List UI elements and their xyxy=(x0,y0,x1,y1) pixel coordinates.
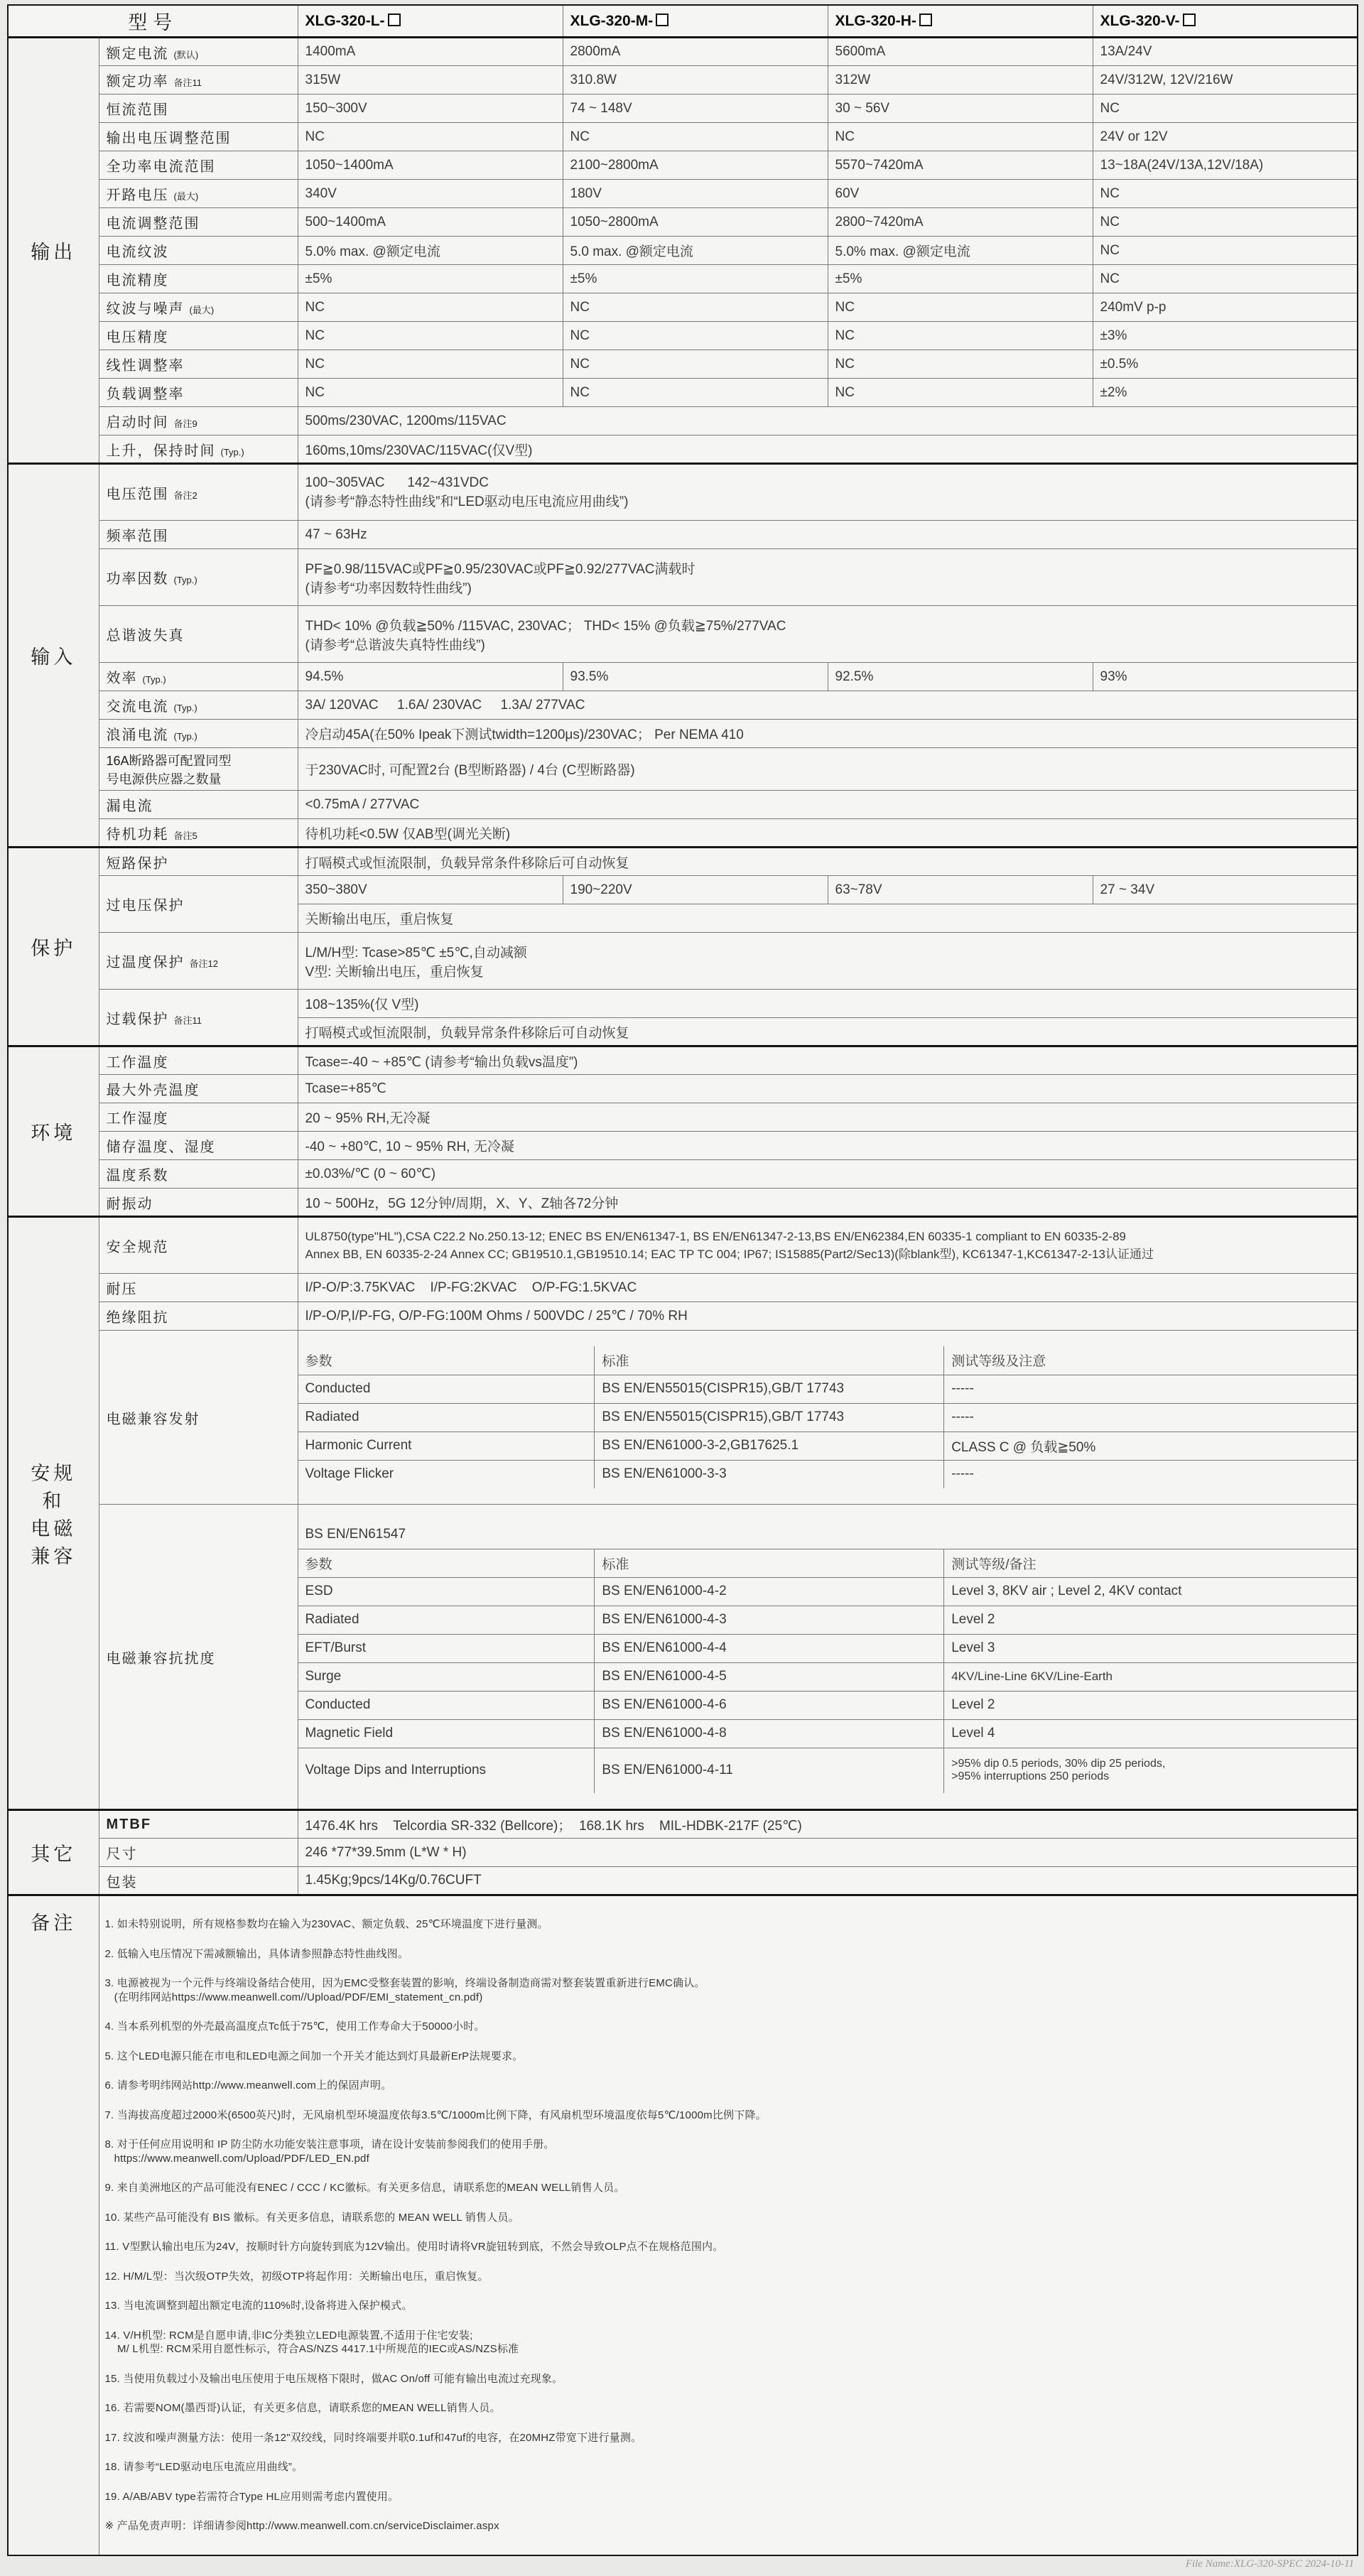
note-item: 3. 电源被视为一个元件与终端设备结合使用，因为EMC受整套装置的影响，终端设备… xyxy=(105,1976,1355,2004)
subtable-header: 标准 xyxy=(595,1346,944,1375)
emission-row-harmonic: Harmonic Current BS EN/EN61000-3-2,GB176… xyxy=(298,1432,1358,1460)
immunity-header-row: 参数 标准 测试等级/备注 xyxy=(298,1549,1358,1577)
note-item: 4. 当本系列机型的外壳最高温度点Tc低于75℃，使用工作寿命大于50000小时… xyxy=(105,2020,1355,2034)
value-cell: 13~18A(24V/13A,12V/18A) xyxy=(1093,151,1358,180)
param-label: 过电压保护 xyxy=(99,876,298,933)
group-protection: 保护 xyxy=(8,848,99,1046)
subtable-cell: 4KV/Line-Line 6KV/Line-Earth xyxy=(944,1662,1357,1691)
value-cell: NC xyxy=(828,293,1093,322)
subtable-cell: BS EN/EN61000-4-2 xyxy=(595,1577,944,1606)
row-setup-time: 启动时间备注9 500ms/230VAC, 1200ms/115VAC xyxy=(8,407,1358,435)
value-cell: 5570~7420mA xyxy=(828,151,1093,180)
value-cell: ±0.5% xyxy=(1093,350,1358,379)
value-cell: NC xyxy=(298,322,563,350)
subtable-cell: Conducted xyxy=(298,1375,595,1403)
param-label: 过温度保护备注12 xyxy=(99,933,298,990)
row-isolation-resistance: 绝缘阻抗 I/P-O/P,I/P-FG, O/P-FG:100M Ohms / … xyxy=(8,1302,1358,1331)
emc-immunity-table: BS EN/EN61547 参数 标准 测试等级/备注 ESD BS EN/EN… xyxy=(298,1505,1358,1810)
notes-cell: 1. 如未特别说明，所有规格参数均在输入为230VAC、额定负载、25℃环境温度… xyxy=(99,1895,1358,2555)
row-full-power-current: 全功率电流范围 1050~1400mA 2100~2800mA 5570~742… xyxy=(8,151,1358,180)
value-cell: NC xyxy=(1093,180,1358,208)
note-item: 12. H/M/L型：当次级OTP失效，初级OTP将起作用：关断输出电压，重启恢… xyxy=(105,2270,1355,2284)
row-rated-power: 额定功率备注11 315W 310.8W 312W 24V/312W, 12V/… xyxy=(8,66,1358,94)
value-cell: 47 ~ 63Hz xyxy=(298,521,1358,549)
param-label: 开路电压(最大) xyxy=(99,180,298,208)
row-line-regulation: 线性调整率 NC NC NC ±0.5% xyxy=(8,350,1358,379)
value-cell: 108~135%(仅 V型) xyxy=(298,990,1358,1018)
row-current-adj: 电流调整范围 500~1400mA 1050~2800mA 2800~7420m… xyxy=(8,208,1358,237)
row-efficiency: 效率(Typ.) 94.5% 93.5% 92.5% 93% xyxy=(8,663,1358,691)
value-cell: 30 ~ 56V xyxy=(828,94,1093,123)
param-label: 电压范围备注2 xyxy=(99,464,298,521)
value-cell: 500ms/230VAC, 1200ms/115VAC xyxy=(298,407,1358,435)
row-vibration: 耐振动 10 ~ 500Hz，5G 12分钟/周期，X、Y、Z轴各72分钟 xyxy=(8,1189,1358,1217)
value-cell: NC xyxy=(298,379,563,407)
subtable-cell: ----- xyxy=(944,1460,1357,1488)
param-label: 电磁兼容抗扰度 xyxy=(99,1505,298,1810)
param-label: 耐振动 xyxy=(99,1189,298,1217)
model-label-v: XLG-320-V- xyxy=(1100,13,1180,29)
subtable-header: 参数 xyxy=(298,1346,595,1375)
subtable-cell: BS EN/EN61000-3-3 xyxy=(595,1460,944,1488)
param-label: 温度系数 xyxy=(99,1160,298,1189)
value-cell: 1050~1400mA xyxy=(298,151,563,180)
model-col-m: XLG-320-M- xyxy=(563,5,828,38)
value-cell: 10 ~ 500Hz，5G 12分钟/周期，X、Y、Z轴各72分钟 xyxy=(298,1189,1358,1217)
immunity-row-conducted: Conducted BS EN/EN61000-4-6 Level 2 xyxy=(298,1691,1358,1719)
value-cell: UL8750(type"HL"),CSA C22.2 No.250.13-12;… xyxy=(298,1217,1358,1274)
immunity-row-radiated: Radiated BS EN/EN61000-4-3 Level 2 xyxy=(298,1606,1358,1634)
emission-row-radiated: Radiated BS EN/EN55015(CISPR15),GB/T 177… xyxy=(298,1403,1358,1432)
subtable-cell: EFT/Burst xyxy=(298,1634,595,1662)
row-cc-range: 恒流范围 150~300V 74 ~ 148V 30 ~ 56V NC xyxy=(8,94,1358,123)
value-cell: I/P-O/P:3.75KVAC I/P-FG:2KVAC O/P-FG:1.5… xyxy=(298,1274,1358,1302)
value-cell: 27 ~ 34V xyxy=(1093,876,1358,904)
param-label: 耐压 xyxy=(99,1274,298,1302)
immunity-row-dips: Voltage Dips and Interruptions BS EN/EN6… xyxy=(298,1748,1358,1793)
subtable-cell: Voltage Flicker xyxy=(298,1460,595,1488)
value-cell: 160ms,10ms/230VAC/115VAC(仅V型) xyxy=(298,435,1358,464)
blank-box-icon xyxy=(1183,13,1196,26)
note-item: 18. 请参考“LED驱动电压电流应用曲线”。 xyxy=(105,2460,1355,2474)
value-cell: THD< 10% @负载≧50% /115VAC, 230VAC； THD< 1… xyxy=(298,606,1358,663)
emission-header-row: 参数 标准 测试等级及注意 xyxy=(298,1346,1358,1375)
subtable-cell: ----- xyxy=(944,1375,1357,1403)
value-cell: 5.0% max. @额定电流 xyxy=(298,237,563,265)
emission-row-conducted: Conducted BS EN/EN55015(CISPR15),GB/T 17… xyxy=(298,1375,1358,1403)
param-label: 负载调整率 xyxy=(99,379,298,407)
row-standby-power: 待机功耗备注5 待机功耗<0.5W 仅AB型(调光关断) xyxy=(8,819,1358,848)
immunity-intro-row: BS EN/EN61547 xyxy=(298,1520,1358,1549)
note-item: 16. 若需要NOM(墨西哥)认证，有关更多信息，请联系您的MEAN WELL销… xyxy=(105,2401,1355,2415)
param-label: 过载保护备注11 xyxy=(99,990,298,1046)
value-cell: ±3% xyxy=(1093,322,1358,350)
subtable-cell: Magnetic Field xyxy=(298,1719,595,1748)
model-label-l: XLG-320-L- xyxy=(305,13,385,29)
immunity-row-esd: ESD BS EN/EN61000-4-2 Level 3, 8KV air ;… xyxy=(298,1577,1358,1606)
param-label: 浪涌电流(Typ.) xyxy=(99,720,298,748)
row-storage-temp-humidity: 储存温度、湿度 -40 ~ +80℃, 10 ~ 95% RH, 无冷凝 xyxy=(8,1132,1358,1160)
group-safety-emc: 安规 和 电磁 兼容 xyxy=(8,1217,99,1810)
param-label: 额定电流(默认) xyxy=(99,38,298,66)
value-cell: 13A/24V xyxy=(1093,38,1358,66)
value-cell: 312W xyxy=(828,66,1093,94)
param-label: 效率(Typ.) xyxy=(99,663,298,691)
subtable-cell: BS EN/EN61000-3-2,GB17625.1 xyxy=(595,1432,944,1460)
row-emc-emission: 电磁兼容发射 参数 标准 测试等级及注意 Conducted BS EN/EN5… xyxy=(8,1331,1358,1505)
value-cell: 打嗝模式或恒流限制，负载异常条件移除后可自动恢复 xyxy=(298,848,1358,876)
group-others: 其它 xyxy=(8,1810,99,1895)
value-cell: 5600mA xyxy=(828,38,1093,66)
blank-box-icon xyxy=(656,13,669,26)
note-item: 7. 当海拔高度超过2000米(6500英尺)时，无风扇机型环境温度依每3.5℃… xyxy=(105,2109,1355,2123)
value-cell: 150~300V xyxy=(298,94,563,123)
row-temp-coefficient: 温度系数 ±0.03%/℃ (0 ~ 60℃) xyxy=(8,1160,1358,1189)
row-dimension: 尺寸 246 *77*39.5mm (L*W * H) xyxy=(8,1839,1358,1867)
param-label: 线性调整率 xyxy=(99,350,298,379)
value-cell: NC xyxy=(298,350,563,379)
subtable-cell: Harmonic Current xyxy=(298,1432,595,1460)
value-cell: NC xyxy=(563,322,828,350)
subtable-cell: Voltage Dips and Interruptions xyxy=(298,1748,595,1793)
value-cell: NC xyxy=(828,322,1093,350)
value-cell: 打嗝模式或恒流限制，负载异常条件移除后可自动恢复 xyxy=(298,1018,1358,1046)
row-rated-current: 输出 额定电流(默认) 1400mA 2800mA 5600mA 13A/24V xyxy=(8,38,1358,66)
group-output: 输出 xyxy=(8,38,99,464)
group-notes: 备注 xyxy=(8,1895,99,2555)
value-cell: 1.45Kg;9pcs/14Kg/0.76CUFT xyxy=(298,1867,1358,1895)
row-notes: 备注 1. 如未特别说明，所有规格参数均在输入为230VAC、额定负载、25℃环… xyxy=(8,1895,1358,2555)
row-power-factor: 功率因数(Typ.) PF≧0.98/115VAC或PF≧0.95/230VAC… xyxy=(8,549,1358,606)
row-voltage-range: 输入 电压范围备注2 100~305VAC 142~431VDC (请参考“静态… xyxy=(8,464,1358,521)
row-rise-hold-time: 上升，保持时间(Typ.) 160ms,10ms/230VAC/115VAC(仅… xyxy=(8,435,1358,464)
note-item: 1. 如未特别说明，所有规格参数均在输入为230VAC、额定负载、25℃环境温度… xyxy=(105,1917,1355,1932)
value-cell: 于230VAC时, 可配置2台 (B型断路器) / 4台 (C型断路器) xyxy=(298,748,1358,791)
param-label: 频率范围 xyxy=(99,521,298,549)
row-withstand-voltage: 耐压 I/P-O/P:3.75KVAC I/P-FG:2KVAC O/P-FG:… xyxy=(8,1274,1358,1302)
immunity-row-magnetic: Magnetic Field BS EN/EN61000-4-8 Level 4 xyxy=(298,1719,1358,1748)
subtable-cell: BS EN/EN55015(CISPR15),GB/T 17743 xyxy=(595,1403,944,1432)
value-cell: 待机功耗<0.5W 仅AB型(调光关断) xyxy=(298,819,1358,848)
row-working-temp: 环境 工作温度 Tcase=-40 ~ +85℃ (请参考“输出负载vs温度”) xyxy=(8,1046,1358,1075)
spec-sheet-page: 型号 XLG-320-L- XLG-320-M- XLG-320-H- XLG-… xyxy=(7,4,1357,2570)
value-cell: 310.8W xyxy=(563,66,828,94)
param-label: 包装 xyxy=(99,1867,298,1895)
row-otp: 过温度保护备注12 L/M/H型: Tcase>85℃ ±5℃,自动减额 V型:… xyxy=(8,933,1358,990)
value-cell: 340V xyxy=(298,180,563,208)
model-label-m: XLG-320-M- xyxy=(570,13,654,29)
note-item: 9. 来自美洲地区的产品可能没有ENEC / CCC / KC徽标。有关更多信息… xyxy=(105,2181,1355,2195)
subtable-cell: BS EN/EN61000-4-11 xyxy=(595,1748,944,1793)
subtable-cell: BS EN/EN61000-4-8 xyxy=(595,1719,944,1748)
value-cell: ±5% xyxy=(563,265,828,293)
value-cell: NC xyxy=(1093,265,1358,293)
param-label: 安全规范 xyxy=(99,1217,298,1274)
value-cell: 93.5% xyxy=(563,663,828,691)
value-cell: 100~305VAC 142~431VDC (请参考“静态特性曲线”和“LED驱… xyxy=(298,464,1358,521)
param-label: 电流精度 xyxy=(99,265,298,293)
subtable-header: 标准 xyxy=(595,1549,944,1577)
param-label: 电磁兼容发射 xyxy=(99,1331,298,1505)
note-item: 11. V型默认输出电压为24V，按顺时针方向旋转到底为12V输出。使用时请将V… xyxy=(105,2240,1355,2254)
param-label: 绝缘阻抗 xyxy=(99,1302,298,1331)
subtable-cell: BS EN/EN61000-4-3 xyxy=(595,1606,944,1634)
param-label: 电流调整范围 xyxy=(99,208,298,237)
row-breaker-count: 16A断路器可配置同型 号电源供应器之数量 于230VAC时, 可配置2台 (B… xyxy=(8,748,1358,791)
spec-table: 型号 XLG-320-L- XLG-320-M- XLG-320-H- XLG-… xyxy=(7,4,1358,2556)
value-cell: NC xyxy=(1093,208,1358,237)
param-label: 短路保护 xyxy=(99,848,298,876)
value-cell: 180V xyxy=(563,180,828,208)
model-label-h: XLG-320-H- xyxy=(835,13,916,29)
row-olp-range: 过载保护备注11 108~135%(仅 V型) xyxy=(8,990,1358,1018)
value-cell: 240mV p-p xyxy=(1093,293,1358,322)
value-cell: 5.0% max. @额定电流 xyxy=(828,237,1093,265)
model-col-h: XLG-320-H- xyxy=(828,5,1093,38)
note-item: 10. 某些产品可能没有 BIS 徽标。有关更多信息，请联系您的 MEAN WE… xyxy=(105,2211,1355,2225)
row-current-ripple: 电流纹波 5.0% max. @额定电流 5.0 max. @额定电流 5.0%… xyxy=(8,237,1358,265)
value-cell: 24V/312W, 12V/216W xyxy=(1093,66,1358,94)
subtable-header: 参数 xyxy=(298,1549,595,1577)
row-safety-standards: 安规 和 电磁 兼容 安全规范 UL8750(type"HL"),CSA C22… xyxy=(8,1217,1358,1274)
subtable-cell: Level 3 xyxy=(944,1634,1357,1662)
subtable-header: 测试等级及注意 xyxy=(944,1346,1357,1375)
param-label: 纹波与噪声(最大) xyxy=(99,293,298,322)
value-cell: 5.0 max. @额定电流 xyxy=(563,237,828,265)
subtable-cell: Conducted xyxy=(298,1691,595,1719)
value-cell: 92.5% xyxy=(828,663,1093,691)
value-cell: NC xyxy=(1093,94,1358,123)
note-item: 13. 当电流调整到超出额定电流的110%时,设备将进入保护模式。 xyxy=(105,2299,1355,2313)
param-label: MTBF xyxy=(99,1810,298,1839)
param-label: 输出电压调整范围 xyxy=(99,123,298,151)
row-voltage-adj: 输出电压调整范围 NC NC NC 24V or 12V xyxy=(8,123,1358,151)
param-label: 16A断路器可配置同型 号电源供应器之数量 xyxy=(99,748,298,791)
value-cell: 关断输出电压，重启恢复 xyxy=(298,904,1358,933)
value-cell: 冷启动45A(在50% Ipeak下测试twidth=1200μs)/230VA… xyxy=(298,720,1358,748)
value-cell: 315W xyxy=(298,66,563,94)
value-cell: 246 *77*39.5mm (L*W * H) xyxy=(298,1839,1358,1867)
value-cell: NC xyxy=(563,350,828,379)
blank-box-icon xyxy=(388,13,401,26)
value-cell: ±2% xyxy=(1093,379,1358,407)
row-emc-immunity: 电磁兼容抗扰度 BS EN/EN61547 参数 标准 测试等级/备注 ESD … xyxy=(8,1505,1358,1810)
value-cell: 1050~2800mA xyxy=(563,208,828,237)
value-cell: 1400mA xyxy=(298,38,563,66)
value-cell: 2800~7420mA xyxy=(828,208,1093,237)
immunity-subtable: BS EN/EN61547 参数 标准 测试等级/备注 ESD BS EN/EN… xyxy=(298,1520,1358,1793)
emission-subtable: 参数 标准 测试等级及注意 Conducted BS EN/EN55015(CI… xyxy=(298,1346,1358,1488)
subtable-cell: Level 2 xyxy=(944,1606,1357,1634)
model-col-l: XLG-320-L- xyxy=(298,5,563,38)
row-inrush-current: 浪涌电流(Typ.) 冷启动45A(在50% Ipeak下测试twidth=12… xyxy=(8,720,1358,748)
subtable-cell: >95% dip 0.5 periods, 30% dip 25 periods… xyxy=(944,1748,1357,1793)
row-ovp-values: 过电压保护 350~380V 190~220V 63~78V 27 ~ 34V xyxy=(8,876,1358,904)
value-cell: <0.75mA / 277VAC xyxy=(298,791,1358,819)
value-cell: 3A/ 120VAC 1.6A/ 230VAC 1.3A/ 277VAC xyxy=(298,691,1358,720)
value-cell: 2100~2800mA xyxy=(563,151,828,180)
note-item: 19. A/AB/ABV type若需符合Type HL应用则需考虑内置使用。 xyxy=(105,2490,1355,2504)
emc-emission-table: 参数 标准 测试等级及注意 Conducted BS EN/EN55015(CI… xyxy=(298,1331,1358,1505)
row-current-accuracy: 电流精度 ±5% ±5% ±5% NC xyxy=(8,265,1358,293)
value-cell: 2800mA xyxy=(563,38,828,66)
subtable-header: 测试等级/备注 xyxy=(944,1549,1357,1577)
param-label: 最大外壳温度 xyxy=(99,1075,298,1103)
subtable-cell: ----- xyxy=(944,1403,1357,1432)
subtable-cell: Surge xyxy=(298,1662,595,1691)
param-label: 恒流范围 xyxy=(99,94,298,123)
note-item: 2. 低输入电压情况下需减额输出，具体请参照静态特性曲线图。 xyxy=(105,1947,1355,1961)
row-thd: 总谐波失真 THD< 10% @负载≧50% /115VAC, 230VAC； … xyxy=(8,606,1358,663)
value-cell: NC xyxy=(563,379,828,407)
value-cell: 93% xyxy=(1093,663,1358,691)
model-header-row: 型号 XLG-320-L- XLG-320-M- XLG-320-H- XLG-… xyxy=(8,5,1358,38)
value-cell: Tcase=-40 ~ +85℃ (请参考“输出负载vs温度”) xyxy=(298,1046,1358,1075)
param-label: 漏电流 xyxy=(99,791,298,819)
note-item: 5. 这个LED电源只能在市电和LED电源之间加一个开关才能达到灯具最新ErP法… xyxy=(105,2050,1355,2064)
value-cell: ±0.03%/℃ (0 ~ 60℃) xyxy=(298,1160,1358,1189)
value-cell: 63~78V xyxy=(828,876,1093,904)
param-label: 电压精度 xyxy=(99,322,298,350)
model-col-v: XLG-320-V- xyxy=(1093,5,1358,38)
value-cell: 74 ~ 148V xyxy=(563,94,828,123)
value-cell: 20 ~ 95% RH,无冷凝 xyxy=(298,1103,1358,1132)
row-open-circuit-voltage: 开路电压(最大) 340V 180V 60V NC xyxy=(8,180,1358,208)
group-input: 输入 xyxy=(8,464,99,848)
value-cell: 500~1400mA xyxy=(298,208,563,237)
value-cell: NC xyxy=(828,379,1093,407)
value-cell: 190~220V xyxy=(563,876,828,904)
param-label: 功率因数(Typ.) xyxy=(99,549,298,606)
subtable-cell: Radiated xyxy=(298,1606,595,1634)
note-item: 8. 对于任何应用说明和 IP 防尘防水功能安装注意事项，请在设计安装前参阅我们… xyxy=(105,2138,1355,2165)
immunity-row-surge: Surge BS EN/EN61000-4-5 4KV/Line-Line 6K… xyxy=(298,1662,1358,1691)
row-ac-current: 交流电流(Typ.) 3A/ 120VAC 1.6A/ 230VAC 1.3A/… xyxy=(8,691,1358,720)
row-load-regulation: 负载调整率 NC NC NC ±2% xyxy=(8,379,1358,407)
param-label: 全功率电流范围 xyxy=(99,151,298,180)
value-cell: 350~380V xyxy=(298,876,563,904)
param-label: 启动时间备注9 xyxy=(99,407,298,435)
row-frequency-range: 频率范围 47 ~ 63Hz xyxy=(8,521,1358,549)
value-cell: NC xyxy=(563,123,828,151)
value-cell: ±5% xyxy=(298,265,563,293)
value-cell: ±5% xyxy=(828,265,1093,293)
subtable-cell: BS EN/EN61000-4-5 xyxy=(595,1662,944,1691)
param-label: 尺寸 xyxy=(99,1839,298,1867)
subtable-cell: BS EN/EN61000-4-6 xyxy=(595,1691,944,1719)
value-cell: NC xyxy=(298,293,563,322)
note-item: 14. V/H机型: RCM是自愿申请,非IC分类独立LED电源装置,不适用于住… xyxy=(105,2329,1355,2356)
param-label: 工作湿度 xyxy=(99,1103,298,1132)
row-short-circuit: 保护 短路保护 打嗝模式或恒流限制，负载异常条件移除后可自动恢复 xyxy=(8,848,1358,876)
row-mtbf: 其它 MTBF 1476.4K hrs Telcordia SR-332 (Be… xyxy=(8,1810,1358,1839)
row-max-case-temp: 最大外壳温度 Tcase=+85℃ xyxy=(8,1075,1358,1103)
immunity-standard: BS EN/EN61547 xyxy=(298,1520,1358,1549)
value-cell: 60V xyxy=(828,180,1093,208)
subtable-cell: Radiated xyxy=(298,1403,595,1432)
note-item: ※ 产品免责声明：详细请参阅http://www.meanwell.com.cn… xyxy=(105,2519,1355,2533)
value-cell: NC xyxy=(828,350,1093,379)
row-voltage-accuracy: 电压精度 NC NC NC ±3% xyxy=(8,322,1358,350)
param-label: 储存温度、湿度 xyxy=(99,1132,298,1160)
subtable-cell: Level 2 xyxy=(944,1691,1357,1719)
note-item: 6. 请参考明纬网站http://www.meanwell.com上的保固声明。 xyxy=(105,2079,1355,2093)
subtable-cell: ESD xyxy=(298,1577,595,1606)
value-cell: PF≧0.98/115VAC或PF≧0.95/230VAC或PF≧0.92/27… xyxy=(298,549,1358,606)
param-label: 上升，保持时间(Typ.) xyxy=(99,435,298,464)
immunity-row-eft: EFT/Burst BS EN/EN61000-4-4 Level 3 xyxy=(298,1634,1358,1662)
value-cell: NC xyxy=(1093,237,1358,265)
subtable-cell: CLASS C @ 负载≧50% xyxy=(944,1432,1357,1460)
file-name-label: File Name:XLG-320-SPEC 2024-10-11 xyxy=(7,2558,1354,2570)
value-cell: -40 ~ +80℃, 10 ~ 95% RH, 无冷凝 xyxy=(298,1132,1358,1160)
value-cell: L/M/H型: Tcase>85℃ ±5℃,自动减额 V型: 关断输出电压，重启… xyxy=(298,933,1358,990)
group-environment: 环境 xyxy=(8,1046,99,1217)
subtable-cell: Level 3, 8KV air ; Level 2, 4KV contact xyxy=(944,1577,1357,1606)
subtable-cell: BS EN/EN61000-4-4 xyxy=(595,1634,944,1662)
row-packing: 包装 1.45Kg;9pcs/14Kg/0.76CUFT xyxy=(8,1867,1358,1895)
param-label: 额定功率备注11 xyxy=(99,66,298,94)
param-label: 电流纹波 xyxy=(99,237,298,265)
param-label: 交流电流(Typ.) xyxy=(99,691,298,720)
param-label: 总谐波失真 xyxy=(99,606,298,663)
value-cell: I/P-O/P,I/P-FG, O/P-FG:100M Ohms / 500VD… xyxy=(298,1302,1358,1331)
value-cell: 24V or 12V xyxy=(1093,123,1358,151)
value-cell: 1476.4K hrs Telcordia SR-332 (Bellcore)；… xyxy=(298,1810,1358,1839)
blank-box-icon xyxy=(919,13,932,26)
emission-row-flicker: Voltage Flicker BS EN/EN61000-3-3 ----- xyxy=(298,1460,1358,1488)
note-item: 15. 当使用负载过小及输出电压使用于电压规格下限时，做AC On/off 可能… xyxy=(105,2372,1355,2386)
row-ripple-noise: 纹波与噪声(最大) NC NC NC 240mV p-p xyxy=(8,293,1358,322)
value-cell: Tcase=+85℃ xyxy=(298,1075,1358,1103)
param-label: 工作温度 xyxy=(99,1046,298,1075)
value-cell: 94.5% xyxy=(298,663,563,691)
param-label: 待机功耗备注5 xyxy=(99,819,298,848)
row-working-humidity: 工作湿度 20 ~ 95% RH,无冷凝 xyxy=(8,1103,1358,1132)
subtable-cell: Level 4 xyxy=(944,1719,1357,1748)
value-cell: NC xyxy=(563,293,828,322)
value-cell: NC xyxy=(828,123,1093,151)
model-title: 型号 xyxy=(8,5,298,38)
row-leakage-current: 漏电流 <0.75mA / 277VAC xyxy=(8,791,1358,819)
note-item: 17. 纹波和噪声测量方法：使用一条12"双绞线，同时终端要并联0.1uf和47… xyxy=(105,2431,1355,2445)
value-cell: NC xyxy=(298,123,563,151)
subtable-cell: BS EN/EN55015(CISPR15),GB/T 17743 xyxy=(595,1375,944,1403)
